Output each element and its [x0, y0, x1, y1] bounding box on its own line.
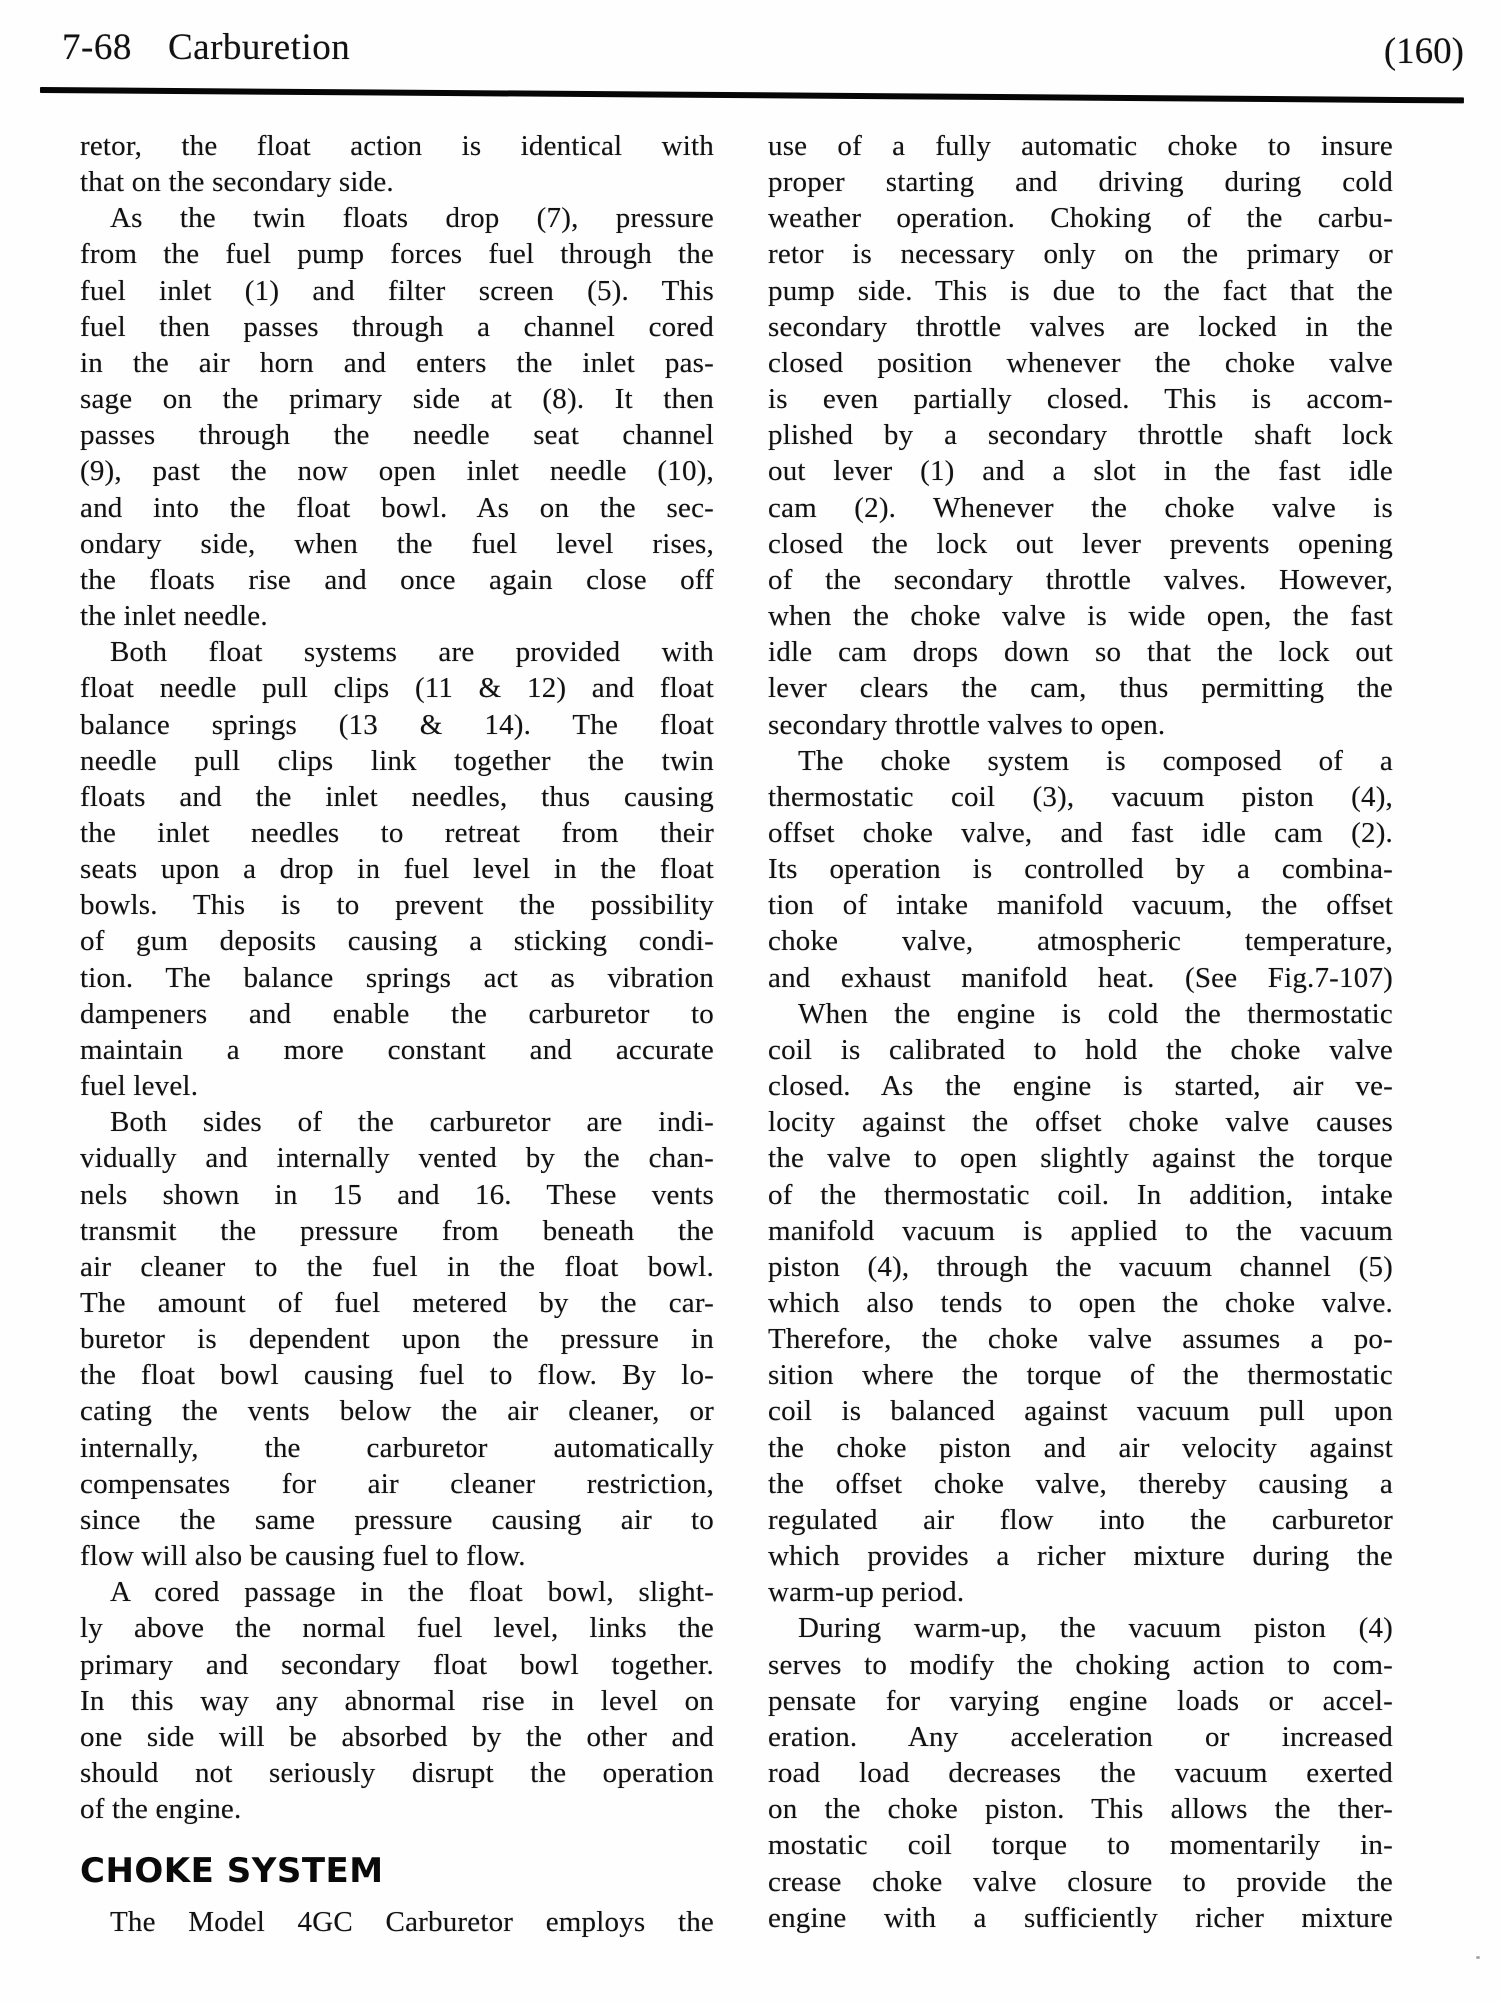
text-line: of the engine.: [80, 1791, 714, 1827]
text-line: lever clears the cam, thus permitting th…: [768, 670, 1393, 706]
section-number: 7-68: [62, 26, 132, 69]
text-line: secondary throttle valves to open.: [768, 707, 1393, 743]
text-line: the choke piston and air velocity agains…: [768, 1430, 1393, 1466]
text-line: and exhaust manifold heat. (See Fig.7-10…: [768, 960, 1393, 996]
text-line: idle cam drops down so that the lock out: [768, 634, 1393, 670]
text-line: the float bowl causing fuel to flow. By …: [80, 1357, 714, 1393]
text-line: float needle pull clips (11 & 12) and fl…: [80, 670, 714, 706]
text-line: and into the float bowl. As on the sec-: [80, 490, 714, 526]
text-line: from the fuel pump forces fuel through t…: [80, 236, 714, 272]
text-line: plished by a secondary throttle shaft lo…: [768, 417, 1393, 453]
text-line: the inlet needle.: [80, 598, 714, 634]
text-line: thermostatic coil (3), vacuum piston (4)…: [768, 779, 1393, 815]
text-line: eration. Any acceleration or increased: [768, 1719, 1393, 1755]
text-line: manifold vacuum is applied to the vacuum: [768, 1213, 1393, 1249]
text-line: crease choke valve closure to provide th…: [768, 1864, 1393, 1900]
paragraph: Both float systems are provided withfloa…: [80, 634, 714, 1104]
text-line: ly above the normal fuel level, links th…: [80, 1610, 714, 1646]
scan-speck: [1476, 1956, 1480, 1959]
text-line: retor, the float action is identical wit…: [80, 128, 714, 164]
text-line: cating the vents below the air cleaner, …: [80, 1393, 714, 1429]
paragraph: The Model 4GC Carburetor employs the: [80, 1904, 714, 1940]
text-line: dampeners and enable the carburetor to: [80, 996, 714, 1032]
text-line: warm-up period.: [768, 1574, 1393, 1610]
text-line: mostatic coil torque to momentarily in-: [768, 1827, 1393, 1863]
text-line: the inlet needles to retreat from their: [80, 815, 714, 851]
text-line: sage on the primary side at (8). It then: [80, 381, 714, 417]
text-line: Both float systems are provided with: [80, 634, 714, 670]
text-line: The choke system is composed of a: [768, 743, 1393, 779]
text-line: balance springs (13 & 14). The float: [80, 707, 714, 743]
paragraph: During warm-up, the vacuum piston (4)ser…: [768, 1610, 1393, 1935]
text-line: regulated air flow into the carburetor: [768, 1502, 1393, 1538]
text-line: is even partially closed. This is accom-: [768, 381, 1393, 417]
text-line: on the choke piston. This allows the the…: [768, 1791, 1393, 1827]
column-right: use of a fully automatic choke to insure…: [768, 128, 1393, 1936]
section-title: Carburetion: [168, 26, 350, 69]
text-line: out lever (1) and a slot in the fast idl…: [768, 453, 1393, 489]
text-line: locity against the offset choke valve ca…: [768, 1104, 1393, 1140]
paragraph: As the twin floats drop (7), pressurefro…: [80, 200, 714, 634]
text-line: nels shown in 15 and 16. These vents: [80, 1177, 714, 1213]
text-line: ondary side, when the fuel level rises,: [80, 526, 714, 562]
text-line: flow will also be causing fuel to flow.: [80, 1538, 714, 1574]
text-line: transmit the pressure from beneath the: [80, 1213, 714, 1249]
text-line: coil is calibrated to hold the choke val…: [768, 1032, 1393, 1068]
text-line: the offset choke valve, thereby causing …: [768, 1466, 1393, 1502]
text-line: the valve to open slightly against the t…: [768, 1140, 1393, 1176]
column-left: retor, the float action is identical wit…: [80, 128, 714, 1941]
header-rule: [40, 87, 1464, 103]
text-line: The Model 4GC Carburetor employs the: [80, 1904, 714, 1940]
text-line: serves to modify the choking action to c…: [768, 1647, 1393, 1683]
text-line: which provides a richer mixture during t…: [768, 1538, 1393, 1574]
text-line: maintain a more constant and accurate: [80, 1032, 714, 1068]
text-line: seats upon a drop in fuel level in the f…: [80, 851, 714, 887]
paragraph: When the engine is cold the thermostatic…: [768, 996, 1393, 1611]
text-line: proper starting and driving during cold: [768, 164, 1393, 200]
text-line: closed the lock out lever prevents openi…: [768, 526, 1393, 562]
text-line: tion. The balance springs act as vibrati…: [80, 960, 714, 996]
text-line: retor is necessary only on the primary o…: [768, 236, 1393, 272]
text-line: needle pull clips link together the twin: [80, 743, 714, 779]
paragraph: A cored passage in the float bowl, sligh…: [80, 1574, 714, 1827]
text-line: choke valve, atmospheric temperature,: [768, 923, 1393, 959]
text-line: fuel inlet (1) and filter screen (5). Th…: [80, 273, 714, 309]
text-line: pump side. This is due to the fact that …: [768, 273, 1393, 309]
text-line: buretor is dependent upon the pressure i…: [80, 1321, 714, 1357]
text-line: of gum deposits causing a sticking condi…: [80, 923, 714, 959]
manual-page: 7-68 Carburetion (160) retor, the float …: [0, 0, 1500, 2003]
text-line: weather operation. Choking of the carbu-: [768, 200, 1393, 236]
text-line: cam (2). Whenever the choke valve is: [768, 490, 1393, 526]
text-line: vidually and internally vented by the ch…: [80, 1140, 714, 1176]
text-line: offset choke valve, and fast idle cam (2…: [768, 815, 1393, 851]
text-line: that on the secondary side.: [80, 164, 714, 200]
text-line: pensate for varying engine loads or acce…: [768, 1683, 1393, 1719]
text-line: when the choke valve is wide open, the f…: [768, 598, 1393, 634]
text-line: should not seriously disrupt the operati…: [80, 1755, 714, 1791]
paragraph: retor, the float action is identical wit…: [80, 128, 714, 200]
text-line: fuel level.: [80, 1068, 714, 1104]
text-line: bowls. This is to prevent the possibilit…: [80, 887, 714, 923]
text-line: closed. As the engine is started, air ve…: [768, 1068, 1393, 1104]
text-line: internally, the carburetor automatically: [80, 1430, 714, 1466]
text-line: primary and secondary float bowl togethe…: [80, 1647, 714, 1683]
text-line: sition where the torque of the thermosta…: [768, 1357, 1393, 1393]
paragraph: Both sides of the carburetor are indi-vi…: [80, 1104, 714, 1574]
text-line: secondary throttle valves are locked in …: [768, 309, 1393, 345]
text-line: since the same pressure causing air to: [80, 1502, 714, 1538]
text-line: Both sides of the carburetor are indi-: [80, 1104, 714, 1140]
choke-system-heading: CHOKE SYSTEM: [80, 1851, 714, 1891]
paragraph: use of a fully automatic choke to insure…: [768, 128, 1393, 743]
text-line: engine with a sufficiently richer mixtur…: [768, 1900, 1393, 1936]
text-line: of the thermostatic coil. In addition, i…: [768, 1177, 1393, 1213]
text-line: Its operation is controlled by a combina…: [768, 851, 1393, 887]
text-line: of the secondary throttle valves. Howeve…: [768, 562, 1393, 598]
text-line: coil is balanced against vacuum pull upo…: [768, 1393, 1393, 1429]
text-line: passes through the needle seat channel: [80, 417, 714, 453]
page-number: (160): [1384, 30, 1464, 73]
text-line: piston (4), through the vacuum channel (…: [768, 1249, 1393, 1285]
paragraph: The choke system is composed of athermos…: [768, 743, 1393, 996]
text-line: the floats rise and once again close off: [80, 562, 714, 598]
text-line: which also tends to open the choke valve…: [768, 1285, 1393, 1321]
text-line: fuel then passes through a channel cored: [80, 309, 714, 345]
text-line: tion of intake manifold vacuum, the offs…: [768, 887, 1393, 923]
text-line: The amount of fuel metered by the car-: [80, 1285, 714, 1321]
text-line: compensates for air cleaner restriction,: [80, 1466, 714, 1502]
text-line: (9), past the now open inlet needle (10)…: [80, 453, 714, 489]
text-line: A cored passage in the float bowl, sligh…: [80, 1574, 714, 1610]
text-line: As the twin floats drop (7), pressure: [80, 200, 714, 236]
text-line: closed position whenever the choke valve: [768, 345, 1393, 381]
text-line: air cleaner to the fuel in the float bow…: [80, 1249, 714, 1285]
text-line: use of a fully automatic choke to insure: [768, 128, 1393, 164]
text-line: During warm-up, the vacuum piston (4): [768, 1610, 1393, 1646]
text-line: in the air horn and enters the inlet pas…: [80, 345, 714, 381]
text-line: In this way any abnormal rise in level o…: [80, 1683, 714, 1719]
text-line: floats and the inlet needles, thus causi…: [80, 779, 714, 815]
text-line: road load decreases the vacuum exerted: [768, 1755, 1393, 1791]
text-line: Therefore, the choke valve assumes a po-: [768, 1321, 1393, 1357]
text-line: one side will be absorbed by the other a…: [80, 1719, 714, 1755]
text-line: When the engine is cold the thermostatic: [768, 996, 1393, 1032]
